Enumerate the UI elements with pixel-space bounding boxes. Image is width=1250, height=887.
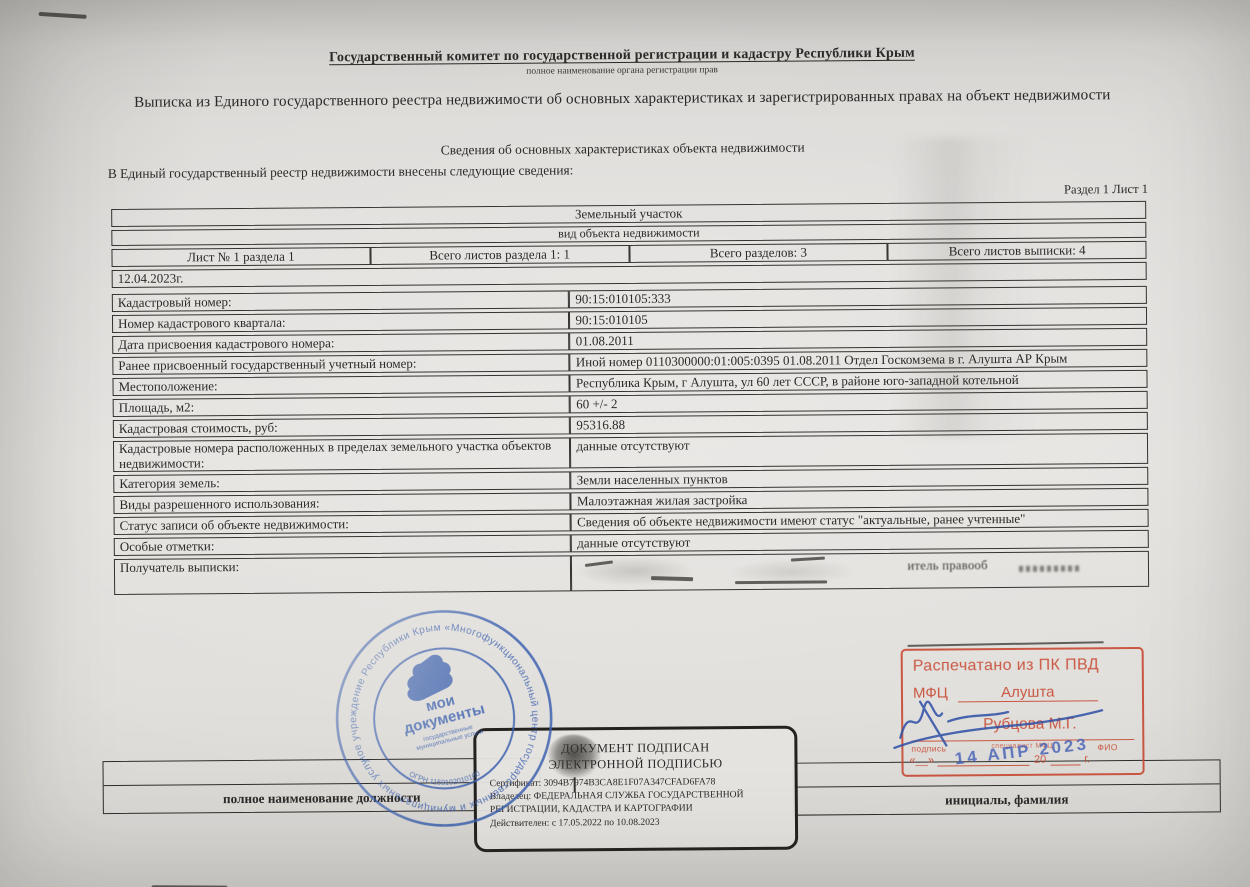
row-label: Получатель выписки:	[114, 556, 572, 596]
row-label: Особые отметки:	[114, 535, 572, 557]
row-label: Дата присвоения кадастрового номера:	[112, 332, 570, 354]
document-photo: Государственный комитет по государственн…	[0, 0, 1250, 887]
table-row-recipient: Получатель выписки: итель правооб	[114, 551, 1149, 595]
pen-line	[908, 641, 1104, 647]
sheet-cell: Лист № 1 раздела 1	[111, 247, 370, 267]
sheet-cell: Всего листов раздела 1: 1	[370, 245, 629, 265]
row-value: данные отсутствуют	[571, 530, 1149, 553]
mfc-round-stamp: ное учреждение Республики Крым «Многофун…	[328, 603, 560, 835]
document-header: Государственный комитет по государственн…	[0, 43, 1247, 113]
row-label: Категория земель:	[113, 472, 571, 494]
paper-sheet: Государственный комитет по государственн…	[0, 0, 1250, 887]
main-table: Земельный участок вид объекта недвижимос…	[111, 198, 1149, 598]
row-label: Площадь, м2:	[113, 395, 571, 417]
row-label: Кадастровые номера расположенных в преде…	[113, 437, 571, 472]
row-value: данные отсутствуют	[570, 433, 1148, 469]
row-label: Ранее присвоенный государственный учетны…	[112, 353, 570, 375]
document-title: Выписка из Единого государственного реес…	[0, 85, 1247, 113]
row-value: Земли населенных пунктов	[571, 467, 1149, 490]
row-value: Иной номер 0110300000:01:005:0395 01.08.…	[570, 349, 1148, 372]
initials-caption: инициалы, фамилия	[794, 784, 1220, 814]
row-value: Малоэтажная жилая застройка	[571, 488, 1149, 511]
row-value: 90:15:010105	[569, 307, 1147, 330]
sheet-cell: Всего листов выписки: 4	[888, 241, 1147, 261]
print-stamp-title: Распечатано из ПК ПВД	[913, 656, 1099, 675]
row-label: Местоположение:	[112, 374, 570, 396]
attributes-table: Кадастровый номер:90:15:010105:333 Номер…	[112, 283, 1149, 598]
row-label: Кадастровый номер:	[112, 290, 570, 312]
redacted-visible-fragment: итель правооб	[907, 558, 988, 573]
row-value: Сведения об объекте недвижимости имеют с…	[571, 509, 1149, 532]
redacted-area: итель правооб	[577, 552, 1143, 590]
row-label: Номер кадастрового квартала:	[112, 311, 570, 333]
row-value: Республика Крым, г Алушта, ул 60 лет ССС…	[570, 370, 1148, 393]
row-value: 95316.88	[570, 412, 1148, 435]
section-sheet-label: Раздел 1 Лист 1	[1064, 182, 1148, 198]
intro-line: В Единый государственный реестр недвижим…	[108, 162, 574, 182]
staple-mark	[39, 12, 87, 19]
row-label: Виды разрешенного использования:	[113, 493, 571, 515]
row-label: Статус записи об объекте недвижимости:	[114, 514, 572, 536]
head-table: Земельный участок вид объекта недвижимос…	[111, 198, 1147, 291]
row-value: 01.08.2011	[570, 328, 1148, 351]
section-title: Сведения об основных характеристиках объ…	[0, 136, 1248, 162]
emblem-tick-mark	[574, 777, 576, 792]
row-label: Кадастровая стоимость, руб:	[113, 416, 571, 438]
row-value-redacted: итель правооб	[571, 551, 1149, 592]
row-value: 60 +/- 2	[570, 391, 1148, 414]
table-row: Кадастровые номера расположенных в преде…	[113, 433, 1148, 472]
row-value: 90:15:010105:333	[569, 286, 1147, 309]
sheet-cell: Всего разделов: 3	[629, 243, 888, 263]
